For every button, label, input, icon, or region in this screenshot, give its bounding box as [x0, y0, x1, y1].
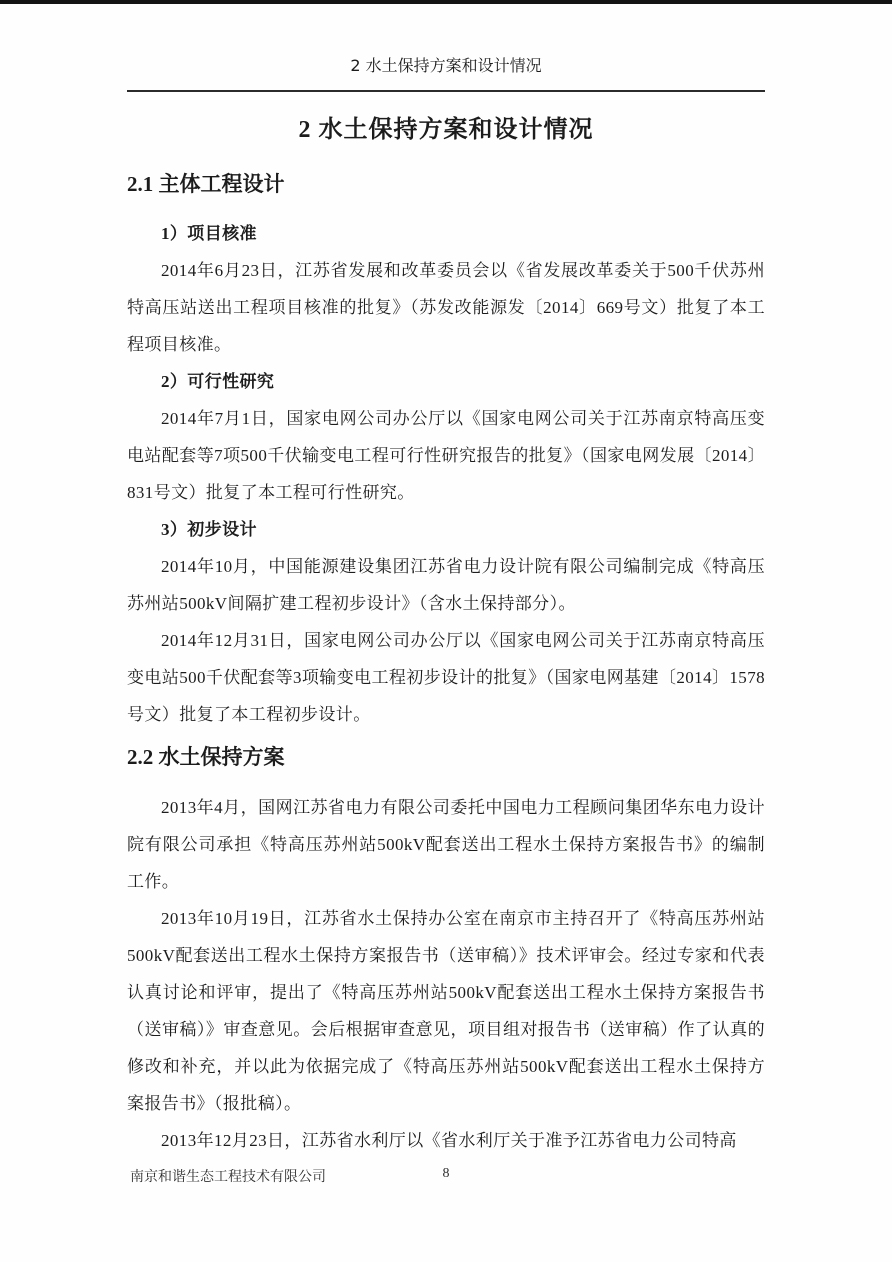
paragraph-plan-compilation: 2013年4月，国网江苏省电力有限公司委托中国电力工程顾问集团华东电力设计院有限… — [127, 789, 765, 900]
sub-heading-feasibility-study: 2）可行性研究 — [127, 363, 765, 400]
chapter-title: 2 水土保持方案和设计情况 — [127, 114, 765, 146]
paragraph-plan-review: 2013年10月19日，江苏省水土保持办公室在南京市主持召开了《特高压苏州站50… — [127, 900, 765, 1122]
paragraph-feasibility-study: 2014年7月1日，国家电网公司办公厅以《国家电网公司关于江苏南京特高压变电站配… — [127, 400, 765, 511]
running-header: 2 水土保持方案和设计情况 — [127, 56, 765, 92]
paragraph-plan-approval-truncated: 2013年12月23日，江苏省水利厅以《省水利厅关于准予江苏省电力公司特高 — [127, 1122, 765, 1159]
sub-heading-preliminary-design: 3）初步设计 — [127, 511, 765, 548]
sub-heading-project-approval: 1）项目核准 — [127, 215, 765, 252]
section-2-1-body: 1）项目核准 2014年6月23日，江苏省发展和改革委员会以《省发展改革委关于5… — [127, 215, 765, 733]
paragraph-preliminary-design-2: 2014年12月31日，国家电网公司办公厅以《国家电网公司关于江苏南京特高压变电… — [127, 622, 765, 733]
section-2-2-body: 2013年4月，国网江苏省电力有限公司委托中国电力工程顾问集团华东电力设计院有限… — [127, 789, 765, 1159]
paragraph-preliminary-design-1: 2014年10月，中国能源建设集团江苏省电力设计院有限公司编制完成《特高压苏州站… — [127, 548, 765, 622]
document-page: 2 水土保持方案和设计情况 2 水土保持方案和设计情况 2.1 主体工程设计 1… — [0, 0, 892, 1262]
section-heading-2-1: 2.1 主体工程设计 — [127, 170, 765, 198]
page-content: 2 水土保持方案和设计情况 2 水土保持方案和设计情况 2.1 主体工程设计 1… — [0, 56, 892, 1159]
footer-company-name: 南京和谐生态工程技术有限公司 — [130, 1166, 326, 1186]
section-heading-2-2: 2.2 水土保持方案 — [127, 743, 765, 771]
scan-edge-bar — [0, 0, 892, 4]
paragraph-project-approval: 2014年6月23日，江苏省发展和改革委员会以《省发展改革委关于500千伏苏州特… — [127, 252, 765, 363]
page-footer: 8 南京和谐生态工程技术有限公司 — [0, 1166, 892, 1188]
